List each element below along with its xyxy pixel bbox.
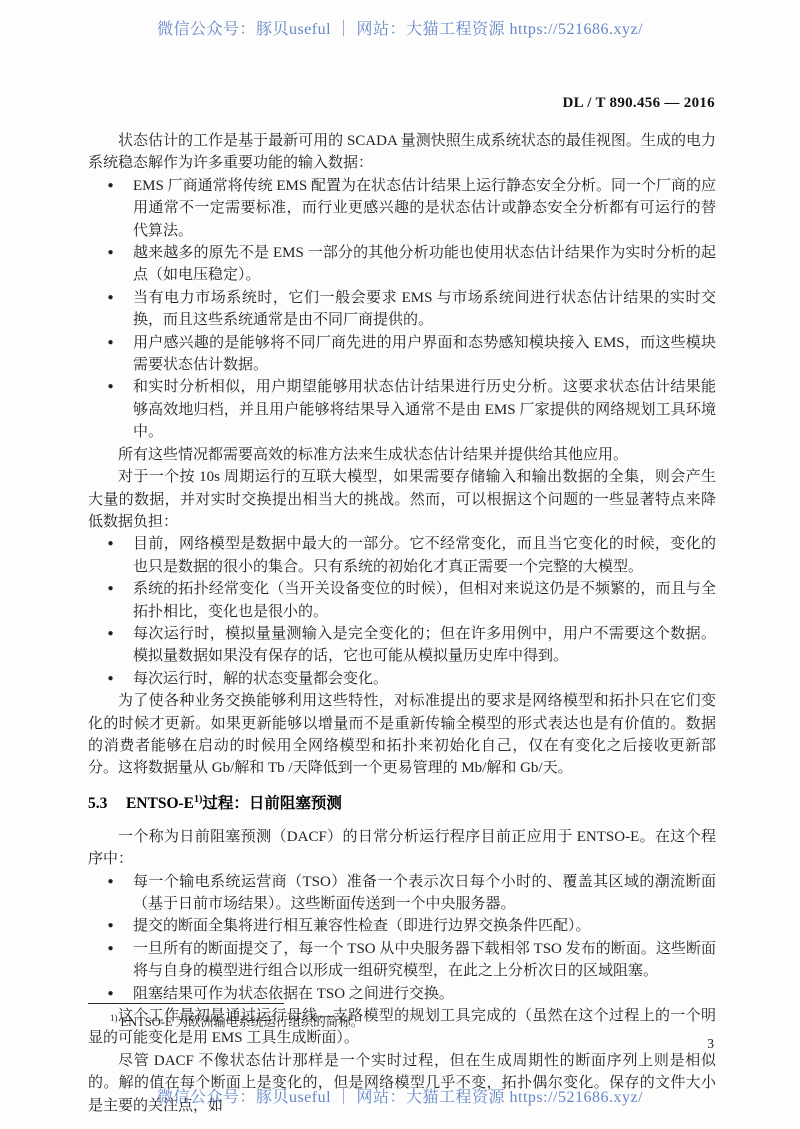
bullet-icon: ●: [108, 938, 114, 960]
footnote-divider: [88, 1003, 284, 1004]
list-item-text: 目前，网络模型是数据中最大的一部分。它不经常变化，而且当它变化的时候，变化的也只…: [133, 536, 716, 574]
para-dacf-intro: 一个称为日前阻塞预测（DACF）的日常分析运行程序目前正应用于 ENTSO-E。…: [88, 826, 716, 871]
list-item-text: 和实时分析相似，用户期望能够用状态估计结果进行历史分析。这要求状态估计结果能够高…: [133, 379, 716, 440]
list-item-text: 每次运行时，解的状态变量都会变化。: [133, 671, 388, 687]
list-item: ● 目前，网络模型是数据中最大的一部分。它不经常变化，而且当它变化的时候，变化的…: [88, 533, 716, 578]
list-item-text: 越来越多的原先不是 EMS 一部分的其他分析功能也使用状态估计结果作为实时分析的…: [133, 245, 716, 283]
footnote-marker: 1): [110, 1013, 118, 1023]
para-10s-model: 对于一个按 10s 周期运行的互联大模型，如果需要存储输入和输出数据的全集，则会…: [88, 466, 716, 533]
page-number: 3: [707, 1036, 714, 1052]
para-all-cases: 所有这些情况都需要高效的标准方法来生成状态估计结果并提供给其他应用。: [88, 444, 716, 466]
section-title: ENTSO-E1)过程：日前阻塞预测: [126, 795, 342, 812]
section-heading-5-3: 5.3ENTSO-E1)过程：日前阻塞预测: [88, 793, 716, 815]
watermark-bottom: 微信公众号：豚贝useful ｜ 网站：大猫工程资源 https://52168…: [0, 1084, 800, 1107]
bullet-icon: ●: [108, 623, 114, 645]
bullet-icon: ●: [108, 533, 114, 555]
list-item-text: 一旦所有的断面提交了，每一个 TSO 从中央服务器下载相邻 TSO 发布的断面。…: [133, 941, 716, 979]
list-item: ● 和实时分析相似，用户期望能够用状态估计结果进行历史分析。这要求状态估计结果能…: [88, 376, 716, 443]
para-state-estimation-intro: 状态估计的工作是基于最新可用的 SCADA 量测快照生成系统状态的最佳视图。生成…: [88, 130, 716, 175]
bullet-icon: ●: [108, 175, 114, 197]
bullet-icon: ●: [108, 668, 114, 690]
list-item-text: 每次运行时，模拟量量测输入是完全变化的；但在许多用例中，用户不需要这个数据。模拟…: [133, 626, 716, 664]
footnote: 1)ENTSO-E 为欧洲输电系统运行组织的简称。: [110, 1012, 670, 1030]
list-item-text: 提交的断面全集将进行相互兼容性检查（即进行边界交换条件匹配）。: [133, 918, 591, 934]
bullet-icon: ●: [108, 242, 114, 264]
list-item: ● 每次运行时，解的状态变量都会变化。: [88, 668, 716, 690]
bullet-list-data-reduction: ● 目前，网络模型是数据中最大的一部分。它不经常变化，而且当它变化的时候，变化的…: [88, 533, 716, 690]
footnote-text: ENTSO-E 为欧洲输电系统运行组织的简称。: [121, 1015, 364, 1029]
list-item: ● 一旦所有的断面提交了，每一个 TSO 从中央服务器下载相邻 TSO 发布的断…: [88, 938, 716, 983]
section-number: 5.3: [88, 795, 107, 812]
list-item: ● 用户感兴趣的是能够将不同厂商先进的用户界面和态势感知模块接入 EMS，而这些…: [88, 332, 716, 377]
list-item: ● 提交的断面全集将进行相互兼容性检查（即进行边界交换条件匹配）。: [88, 915, 716, 937]
bullet-icon: ●: [108, 871, 114, 893]
list-item-text: 系统的拓扑经常变化（当开关设备变位的时候），但相对来说这仍是不频繁的，而且与全拓…: [133, 581, 716, 619]
list-item: ● 每一个输电系统运营商（TSO）准备一个表示次日每个小时的、覆盖其区域的潮流断…: [88, 871, 716, 916]
list-item-text: EMS 厂商通常将传统 EMS 配置为在状态估计结果上运行静态安全分析。同一个厂…: [133, 178, 716, 239]
watermark-top: 微信公众号：豚贝useful ｜ 网站：大猫工程资源 https://52168…: [0, 16, 800, 39]
list-item: ● EMS 厂商通常将传统 EMS 配置为在状态估计结果上运行静态安全分析。同一…: [88, 175, 716, 242]
list-item: ● 阻塞结果可作为状态依据在 TSO 之间进行交换。: [88, 983, 716, 1005]
document-number: DL / T 890.456 — 2016: [563, 95, 715, 112]
bullet-icon: ●: [108, 915, 114, 937]
bullet-icon: ●: [108, 376, 114, 398]
list-item-text: 每一个输电系统运营商（TSO）准备一个表示次日每个小时的、覆盖其区域的潮流断面（…: [133, 874, 716, 912]
bullet-icon: ●: [108, 983, 114, 1005]
list-item-text: 用户感兴趣的是能够将不同厂商先进的用户界面和态势感知模块接入 EMS，而这些模块…: [133, 335, 716, 373]
bullet-list-state-estimation: ● EMS 厂商通常将传统 EMS 配置为在状态估计结果上运行静态安全分析。同一…: [88, 175, 716, 444]
section-title-post: 过程：日前阻塞预测: [202, 795, 342, 812]
bullet-icon: ●: [108, 332, 114, 354]
list-item: ● 当有电力市场系统时，它们一般会要求 EMS 与市场系统间进行状态估计结果的实…: [88, 287, 716, 332]
document-page: 微信公众号：豚贝useful ｜ 网站：大猫工程资源 https://52168…: [0, 0, 800, 1129]
document-body: 状态估计的工作是基于最新可用的 SCADA 量测快照生成系统状态的最佳视图。生成…: [88, 130, 716, 1117]
list-item: ● 每次运行时，模拟量量测输入是完全变化的；但在许多用例中，用户不需要这个数据。…: [88, 623, 716, 668]
bullet-icon: ●: [108, 578, 114, 600]
section-title-pre: ENTSO-E: [126, 795, 194, 812]
list-item-text: 阻塞结果可作为状态依据在 TSO 之间进行交换。: [133, 986, 454, 1002]
list-item: ● 系统的拓扑经常变化（当开关设备变位的时候），但相对来说这仍是不频繁的，而且与…: [88, 578, 716, 623]
para-incremental-updates: 为了使各种业务交换能够利用这些特性，对标准提出的要求是网络模型和拓扑只在它们变化…: [88, 690, 716, 780]
list-item-text: 当有电力市场系统时，它们一般会要求 EMS 与市场系统间进行状态估计结果的实时交…: [133, 290, 716, 328]
bullet-icon: ●: [108, 287, 114, 309]
bullet-list-dacf: ● 每一个输电系统运营商（TSO）准备一个表示次日每个小时的、覆盖其区域的潮流断…: [88, 871, 716, 1005]
list-item: ● 越来越多的原先不是 EMS 一部分的其他分析功能也使用状态估计结果作为实时分…: [88, 242, 716, 287]
